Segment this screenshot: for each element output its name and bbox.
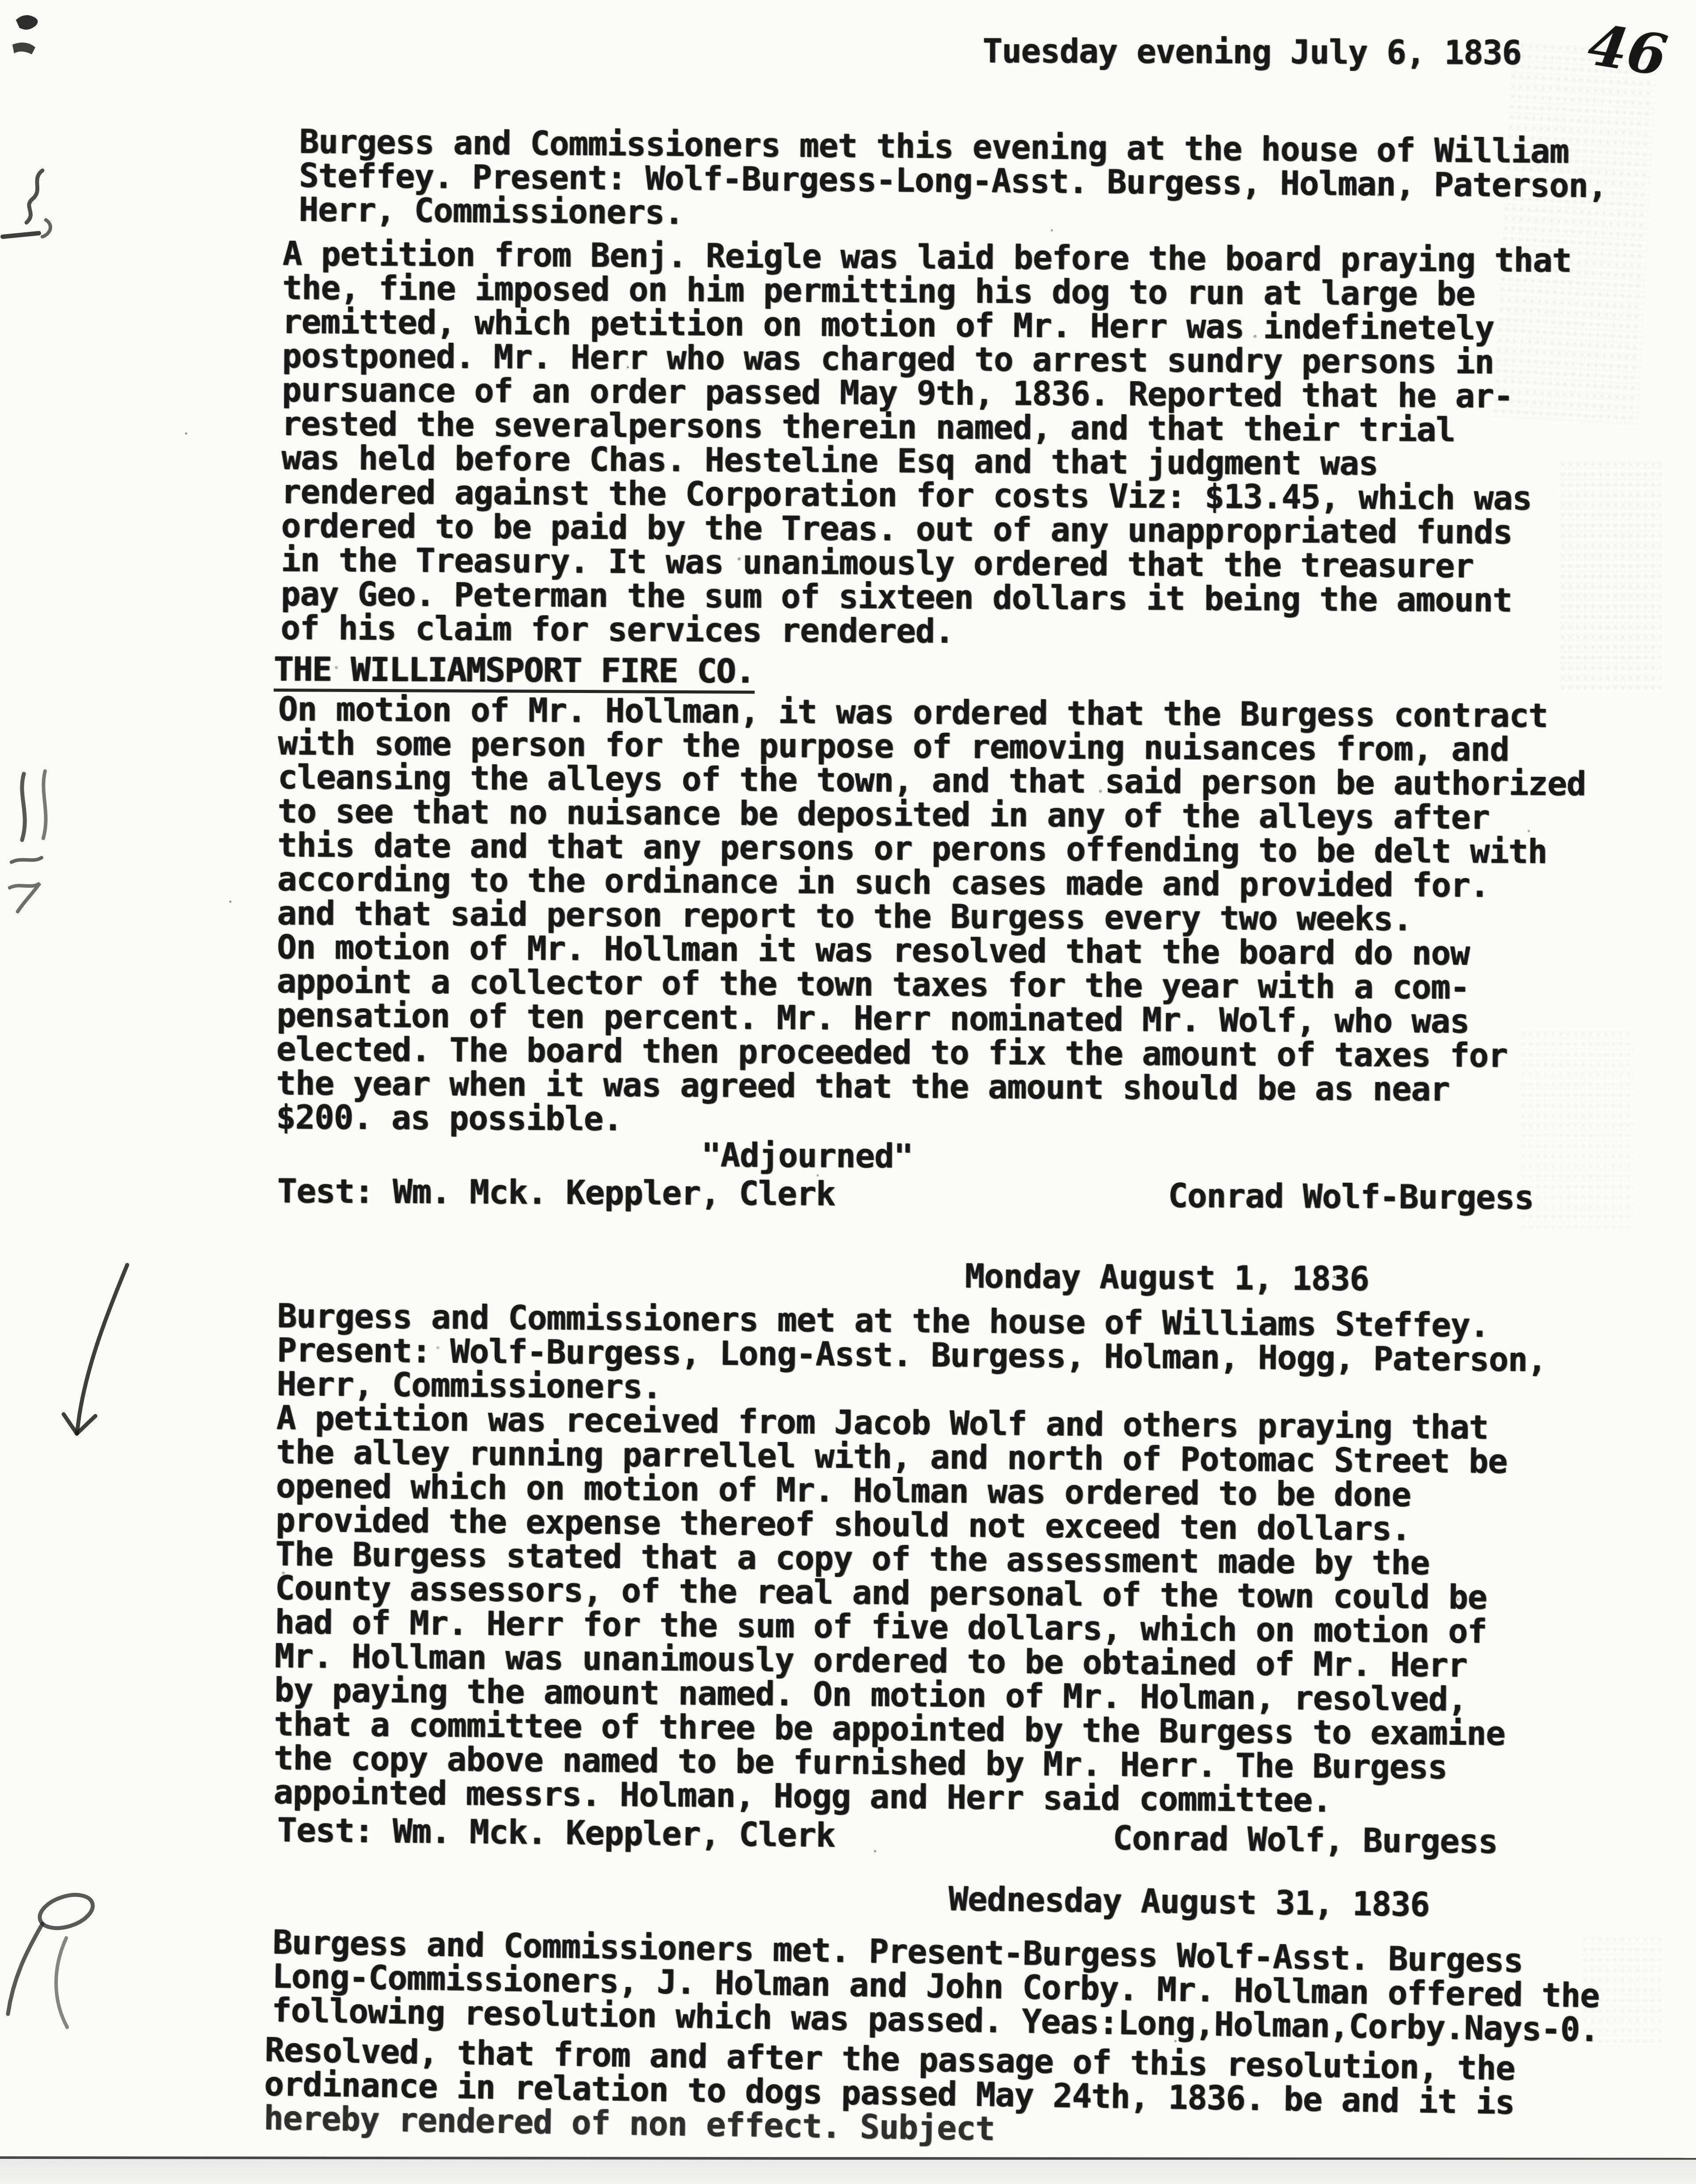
scan-smudge	[1559, 459, 1661, 689]
margin-squiggle-mark	[0, 167, 66, 260]
check-mark-annotation	[53, 1259, 141, 1449]
scan-footer-area	[0, 2160, 1696, 2184]
bottom-left-scribble-mark	[0, 1885, 106, 2035]
burgess-signature: Conrad Wolf-Burgess	[1168, 1179, 1534, 1215]
scan-smudge	[1581, 1934, 1661, 2049]
adjourned-label: "Adjourned"	[701, 1139, 913, 1174]
margin-scribble-mark	[4, 769, 71, 915]
scanned-minutes-page: 46 Tuesday evening July 6, 1836 Burgess …	[0, 0, 1696, 2184]
paragraph-meeting-aug31: Burgess and Commissioners met. Present-B…	[272, 1926, 1600, 2048]
top-left-ink-blot-mark	[8, 7, 61, 73]
paragraph-fire-co-business: On motion of Mr. Hollman, it was ordered…	[276, 693, 1586, 1141]
paragraph-dog-ordinance-resolution: Resolved, that from and after the passag…	[264, 2033, 1515, 2154]
date-heading-aug31: Wednesday August 31, 1836	[948, 1882, 1430, 1922]
scan-smudge	[1492, 41, 1658, 428]
paragraph-reigle-petition: A petition from Benj. Reigle was laid be…	[280, 237, 1571, 652]
clerk-attestation: Test: Wm. Mck. Keppler, Clerk	[277, 1813, 835, 1853]
subheading-williamsport-fire-co: THE WILLIAMSPORT FIRE CO.	[274, 653, 755, 694]
paragraph-attendance-july6: Burgess and Commissioners met this eveni…	[299, 125, 1607, 237]
date-heading-aug1: Monday August 1, 1836	[965, 1260, 1369, 1296]
date-heading-july6: Tuesday evening July 6, 1836	[983, 34, 1522, 70]
clerk-attestation: Test: Wm. Mck. Keppler, Clerk	[277, 1174, 835, 1211]
paragraph-meeting-aug1: Burgess and Commissioners met at the hou…	[273, 1299, 1547, 1820]
burgess-signature: Conrad Wolf, Burgess	[1113, 1821, 1498, 1859]
toner-specks	[0, 0, 1, 1]
scan-smudge	[1519, 1029, 1634, 1228]
